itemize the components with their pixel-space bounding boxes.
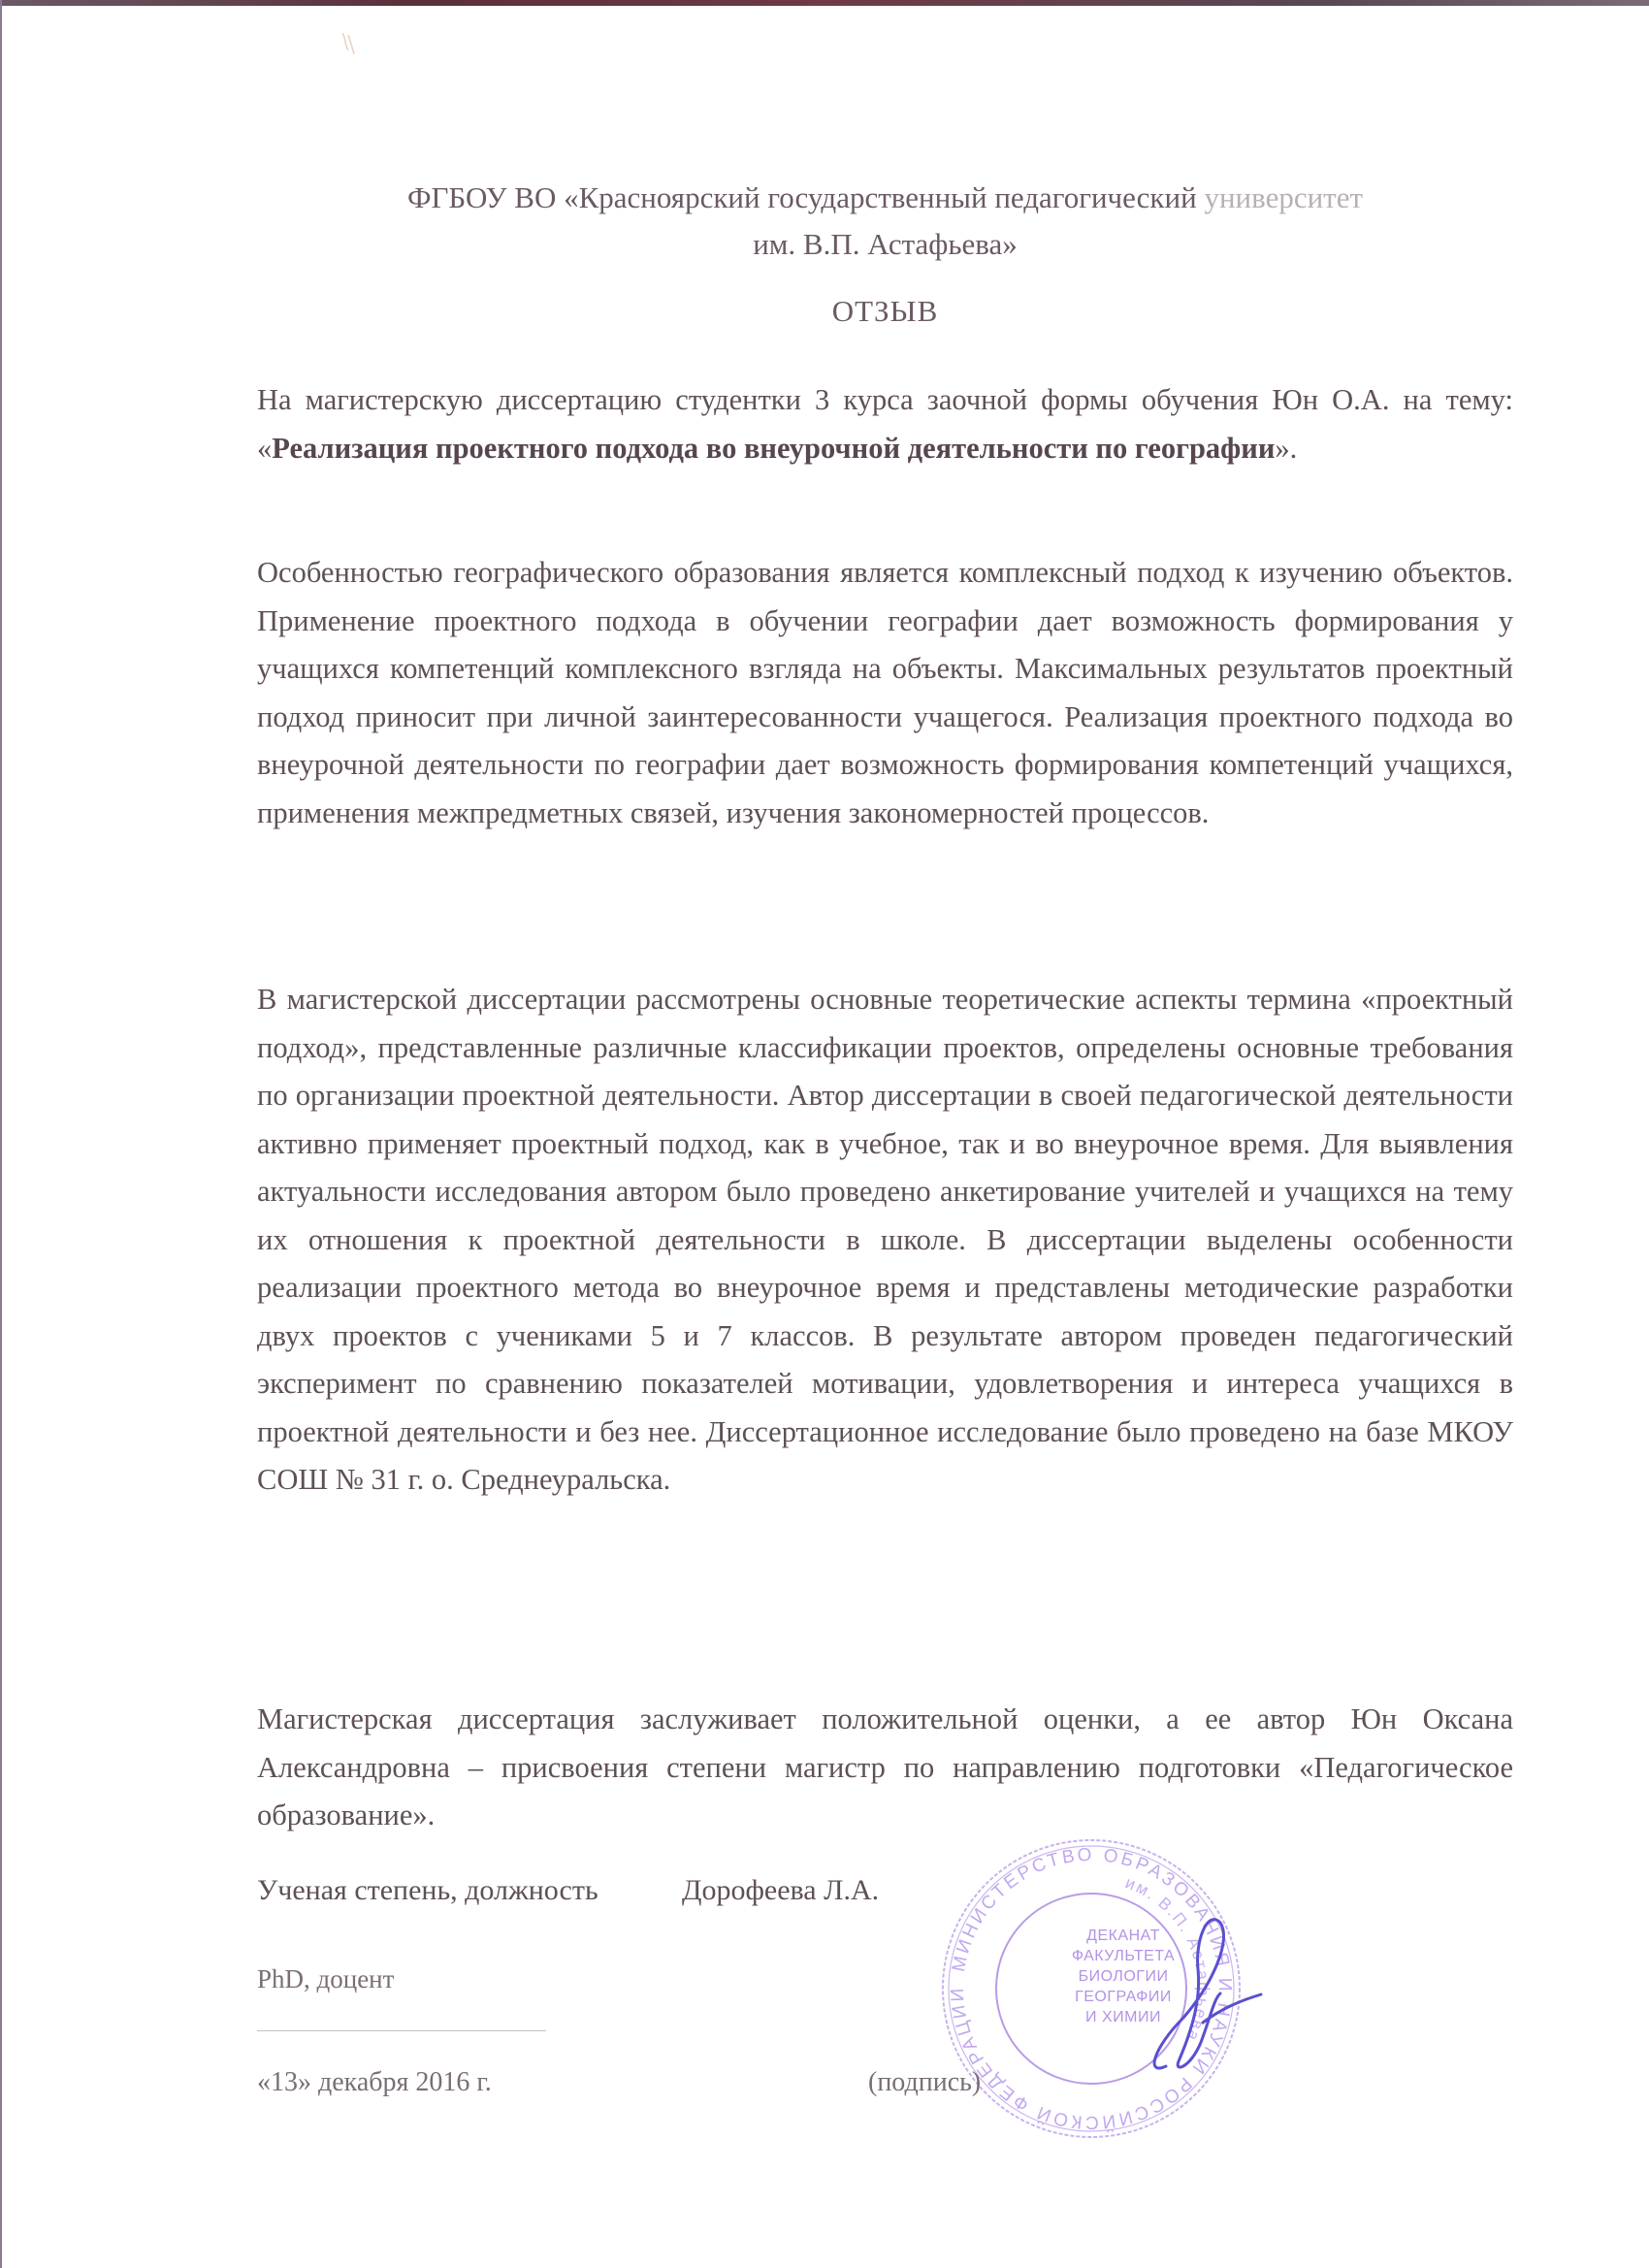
intro-paragraph: На магистерскую диссертацию студентки 3 … (257, 376, 1513, 472)
review-date: «13» декабря 2016 г. (257, 2067, 492, 2098)
signature-divider (257, 2030, 546, 2031)
institution-line-1: ФГБОУ ВО «Красноярский государственный п… (257, 175, 1513, 221)
scan-top-edge (0, 0, 1649, 6)
paragraph-conclusion: Магистерская диссертация заслуживает пол… (257, 1696, 1513, 1840)
institution-line-1-faded: университет (1204, 180, 1363, 214)
institution-header: ФГБОУ ВО «Красноярский государственный п… (257, 175, 1513, 268)
institution-line-2: им. В.П. Астафьева» (257, 221, 1513, 268)
position-label: Ученая степень, должность (257, 1874, 598, 1907)
paragraph-content: В магистерской диссертации рассмотрены о… (257, 976, 1513, 1505)
paragraph-relevance: Особенностью географического образования… (257, 549, 1513, 837)
thesis-topic: Реализация проектного подхода во внеуроч… (272, 432, 1275, 465)
handwritten-signature-icon (1106, 1901, 1271, 2095)
reviewer-name: Дорофеева Л.А. (682, 1874, 879, 1907)
scan-speck-icon (335, 29, 364, 58)
reviewer-degree: PhD, доцент (257, 1964, 394, 1994)
signature-caption: (подпись) (868, 2067, 981, 2098)
document-title: ОТЗЫВ (257, 294, 1513, 329)
scan-left-edge (0, 0, 2, 2268)
